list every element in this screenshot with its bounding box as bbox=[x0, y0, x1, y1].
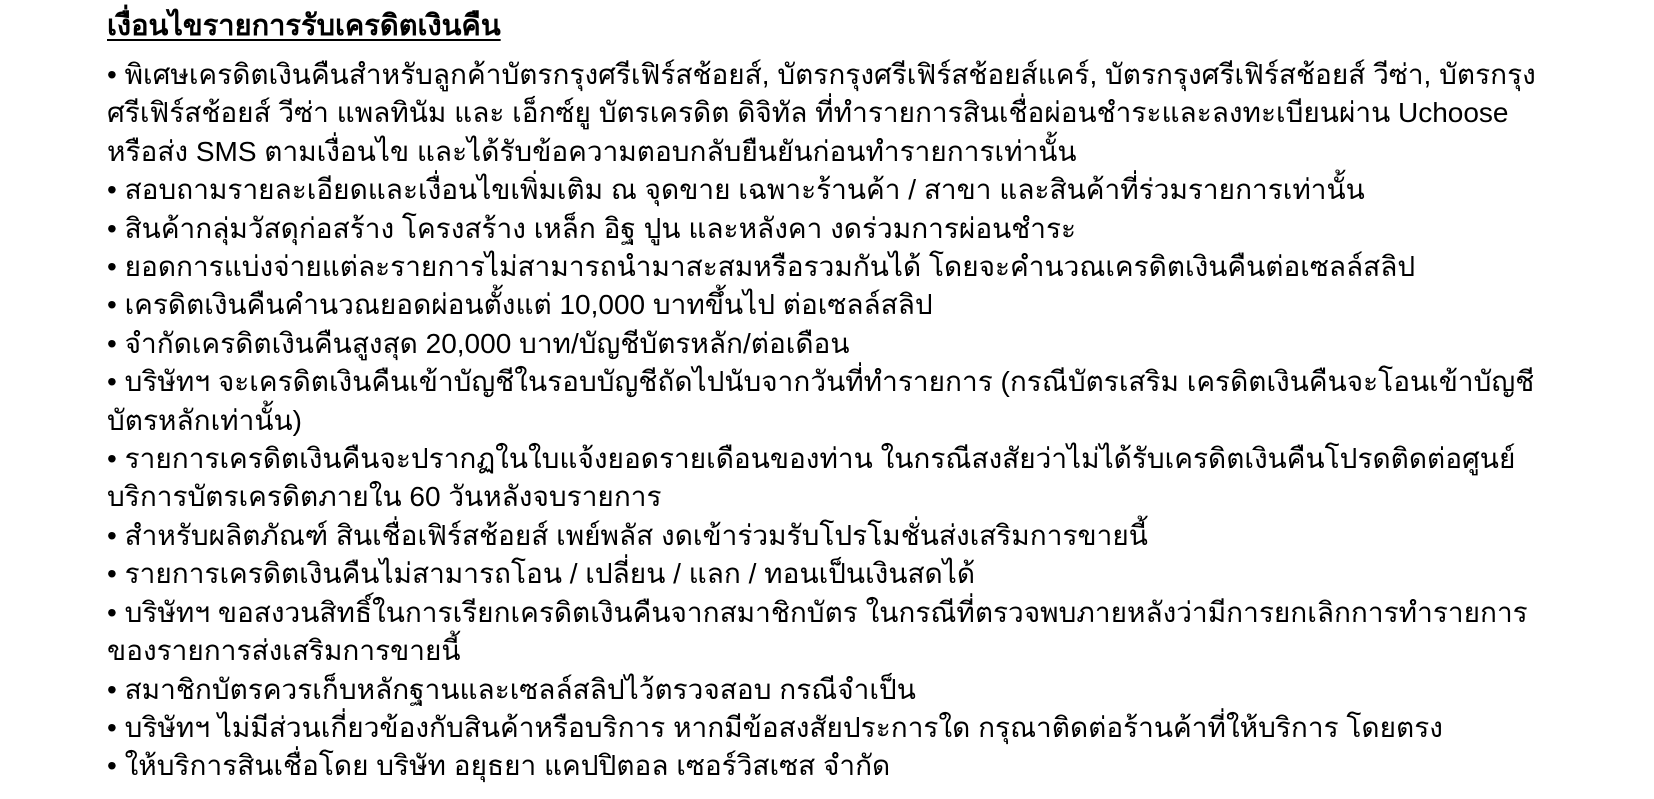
list-item: • สินค้ากลุ่มวัสดุก่อสร้าง โครงสร้าง เหล… bbox=[107, 210, 1554, 248]
list-item: • รายการเครดิตเงินคืนไม่สามารถโอน / เปลี… bbox=[107, 555, 1554, 593]
bullet-marker: • bbox=[107, 289, 125, 320]
bullet-text: บริษัทฯ ไม่มีส่วนเกี่ยวข้องกับสินค้าหรือ… bbox=[125, 712, 1443, 743]
document-page: เงื่อนไขรายการรับเครดิตเงินคืน • พิเศษเค… bbox=[0, 0, 1654, 799]
bullet-marker: • bbox=[107, 712, 125, 743]
bullet-text: ยอดการแบ่งจ่ายแต่ละรายการไม่สามารถนำมาสะ… bbox=[125, 251, 1416, 282]
bullet-marker: • bbox=[107, 674, 125, 705]
bullet-marker: • bbox=[107, 59, 125, 90]
bullet-text: ให้บริการสินเชื่อโดย บริษัท อยุธยา แคปปิ… bbox=[125, 750, 891, 781]
bullet-marker: • bbox=[107, 366, 125, 397]
bullet-marker: • bbox=[107, 174, 125, 205]
list-item: • รายการเครดิตเงินคืนจะปรากฏในใบแจ้งยอดร… bbox=[107, 440, 1554, 517]
list-item: • บริษัทฯ ไม่มีส่วนเกี่ยวข้องกับสินค้าหร… bbox=[107, 709, 1554, 747]
bullet-text: สอบถามรายละเอียดและเงื่อนไขเพิ่มเติม ณ จ… bbox=[125, 174, 1365, 205]
bullet-text: พิเศษเครดิตเงินคืนสำหรับลูกค้าบัตรกรุงศร… bbox=[107, 59, 1536, 167]
bullet-text: รายการเครดิตเงินคืนจะปรากฏในใบแจ้งยอดราย… bbox=[107, 443, 1515, 512]
list-item: • พิเศษเครดิตเงินคืนสำหรับลูกค้าบัตรกรุง… bbox=[107, 56, 1554, 171]
list-item: • บริษัทฯ ขอสงวนสิทธิ์ในการเรียกเครดิตเง… bbox=[107, 594, 1554, 671]
list-item: • สมาชิกบัตรควรเก็บหลักฐานและเซลล์สลิปไว… bbox=[107, 671, 1554, 709]
bullet-marker: • bbox=[107, 558, 125, 589]
bullet-marker: • bbox=[107, 213, 125, 244]
bullet-text: บริษัทฯ ขอสงวนสิทธิ์ในการเรียกเครดิตเงิน… bbox=[107, 597, 1528, 666]
bullet-marker: • bbox=[107, 520, 125, 551]
bullet-marker: • bbox=[107, 443, 125, 474]
bullet-text: จำกัดเครดิตเงินคืนสูงสุด 20,000 บาท/บัญช… bbox=[125, 328, 850, 359]
bullet-list: • พิเศษเครดิตเงินคืนสำหรับลูกค้าบัตรกรุง… bbox=[107, 56, 1554, 786]
bullet-text: สมาชิกบัตรควรเก็บหลักฐานและเซลล์สลิปไว้ต… bbox=[125, 674, 916, 705]
bullet-text: บริษัทฯ จะเครดิตเงินคืนเข้าบัญชีในรอบบัญ… bbox=[107, 366, 1534, 435]
bullet-text: สินค้ากลุ่มวัสดุก่อสร้าง โครงสร้าง เหล็ก… bbox=[125, 213, 1076, 244]
list-item: • เครดิตเงินคืนคำนวณยอดผ่อนตั้งแต่ 10,00… bbox=[107, 286, 1554, 324]
document-title: เงื่อนไขรายการรับเครดิตเงินคืน bbox=[107, 6, 1554, 46]
list-item: • สำหรับผลิตภัณฑ์ สินเชื่อเฟิร์สช้อยส์ เ… bbox=[107, 517, 1554, 555]
bullet-text: เครดิตเงินคืนคำนวณยอดผ่อนตั้งแต่ 10,000 … bbox=[125, 289, 933, 320]
list-item: • สอบถามรายละเอียดและเงื่อนไขเพิ่มเติม ณ… bbox=[107, 171, 1554, 209]
bullet-marker: • bbox=[107, 750, 125, 781]
bullet-text: สำหรับผลิตภัณฑ์ สินเชื่อเฟิร์สช้อยส์ เพย… bbox=[125, 520, 1148, 551]
list-item: • บริษัทฯ จะเครดิตเงินคืนเข้าบัญชีในรอบบ… bbox=[107, 363, 1554, 440]
bullet-marker: • bbox=[107, 597, 125, 628]
list-item: • จำกัดเครดิตเงินคืนสูงสุด 20,000 บาท/บั… bbox=[107, 325, 1554, 363]
list-item: • ให้บริการสินเชื่อโดย บริษัท อยุธยา แคป… bbox=[107, 747, 1554, 785]
bullet-text: รายการเครดิตเงินคืนไม่สามารถโอน / เปลี่ย… bbox=[125, 558, 975, 589]
bullet-marker: • bbox=[107, 251, 125, 282]
bullet-marker: • bbox=[107, 328, 125, 359]
list-item: • ยอดการแบ่งจ่ายแต่ละรายการไม่สามารถนำมา… bbox=[107, 248, 1554, 286]
